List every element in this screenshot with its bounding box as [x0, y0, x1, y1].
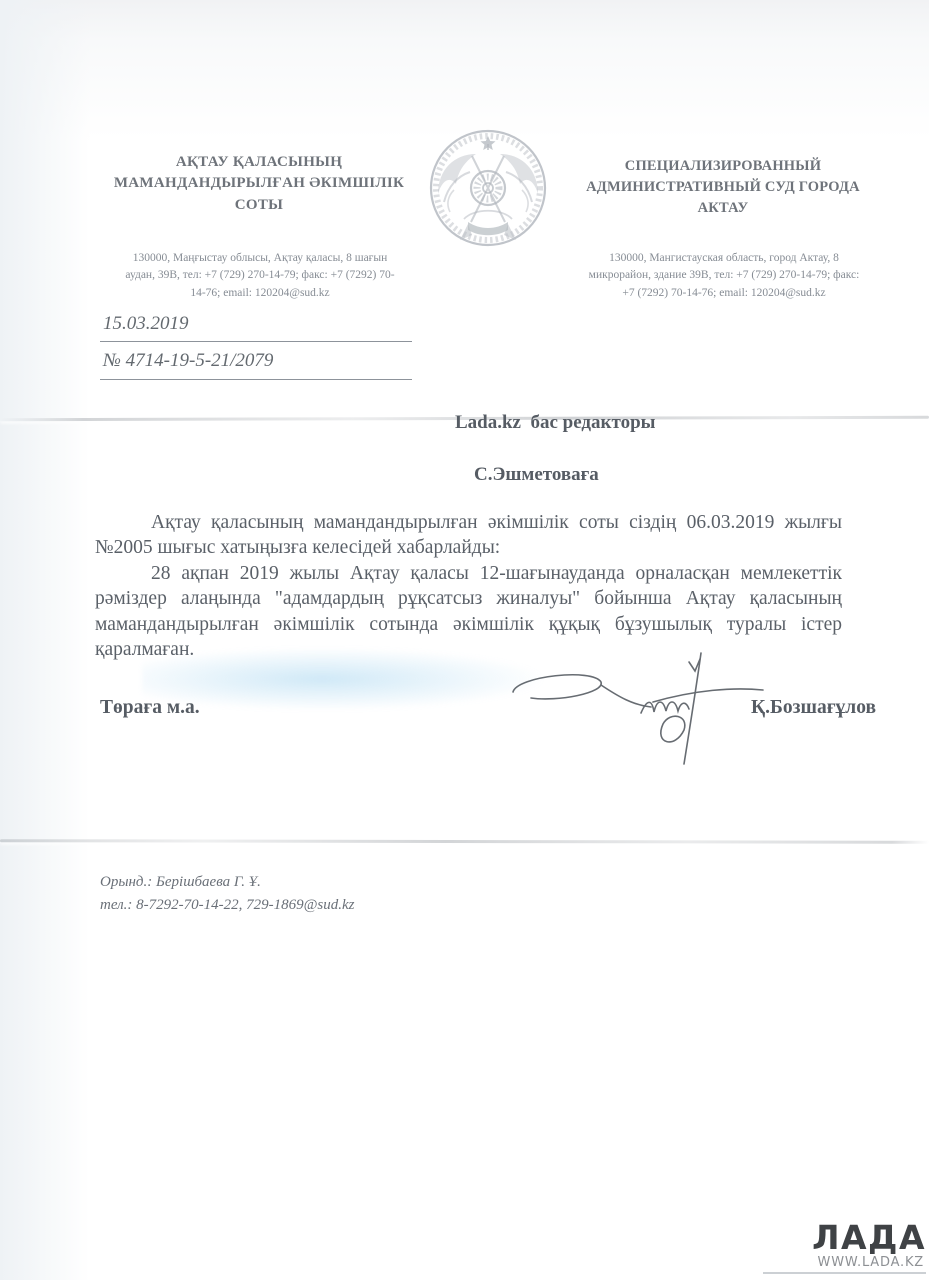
- court-address-russian: 130000, Мангистауская область, город Акт…: [554, 250, 894, 302]
- scanned-letter-page: АҚТАУ ҚАЛАСЫНЫҢ МАМАНДАНДЫРЫЛҒАН ӘКІМШІЛ…: [0, 0, 929, 1280]
- signer-title: Төраға м.а.: [100, 697, 200, 719]
- kazakhstan-coat-of-arms-icon: [424, 124, 552, 258]
- letter-body: Ақтау қаласының мамандандырылған әкімшіл…: [95, 510, 842, 662]
- signer-name: Қ.Бозшағұлов: [751, 697, 876, 719]
- lada-watermark: ЛАДА WWW.LADA.KZ: [763, 1221, 926, 1274]
- addressee-line1: Lada.kz бас редакторы: [455, 412, 655, 433]
- letter-ref-number: № 4714-19-5-21/2079: [103, 350, 273, 372]
- lada-logo-text: ЛАДА: [763, 1221, 926, 1254]
- letter-date: 15.03.2019: [103, 313, 189, 335]
- court-title-kazakh: АҚТАУ ҚАЛАСЫНЫҢ МАМАНДАНДЫРЫЛҒАН ӘКІМШІЛ…: [98, 152, 420, 216]
- watermark-divider: [763, 1272, 926, 1274]
- date-underline: [100, 341, 412, 342]
- executor-contact-block: Орынд.: Берішбаева Г. Ұ. тел.: 8-7292-70…: [100, 871, 355, 917]
- handwritten-signature: [505, 650, 770, 768]
- paper-fold-line-bottom: [0, 839, 929, 844]
- ref-number-underline: [100, 379, 412, 380]
- addressee-line2: С.Эшметоваға: [474, 464, 599, 485]
- lada-url-text: WWW.LADA.KZ: [763, 1254, 926, 1272]
- addressee-block: Lada.kz бас редакторы С.Эшметоваға: [455, 410, 655, 515]
- scan-edge-shadow: [0, 0, 95, 1280]
- court-address-kazakh: 130000, Маңғыстау облысы, Ақтау қаласы, …: [90, 250, 430, 302]
- court-title-russian: СПЕЦИАЛИЗИРОВАННЫЙ АДМИНИСТРАТИВНЫЙ СУД …: [556, 156, 890, 219]
- body-paragraph-1: Ақтау қаласының мамандандырылған әкімшіл…: [95, 510, 842, 561]
- body-paragraph-2: 28 ақпан 2019 жылы Ақтау қаласы 12-шағын…: [95, 561, 842, 663]
